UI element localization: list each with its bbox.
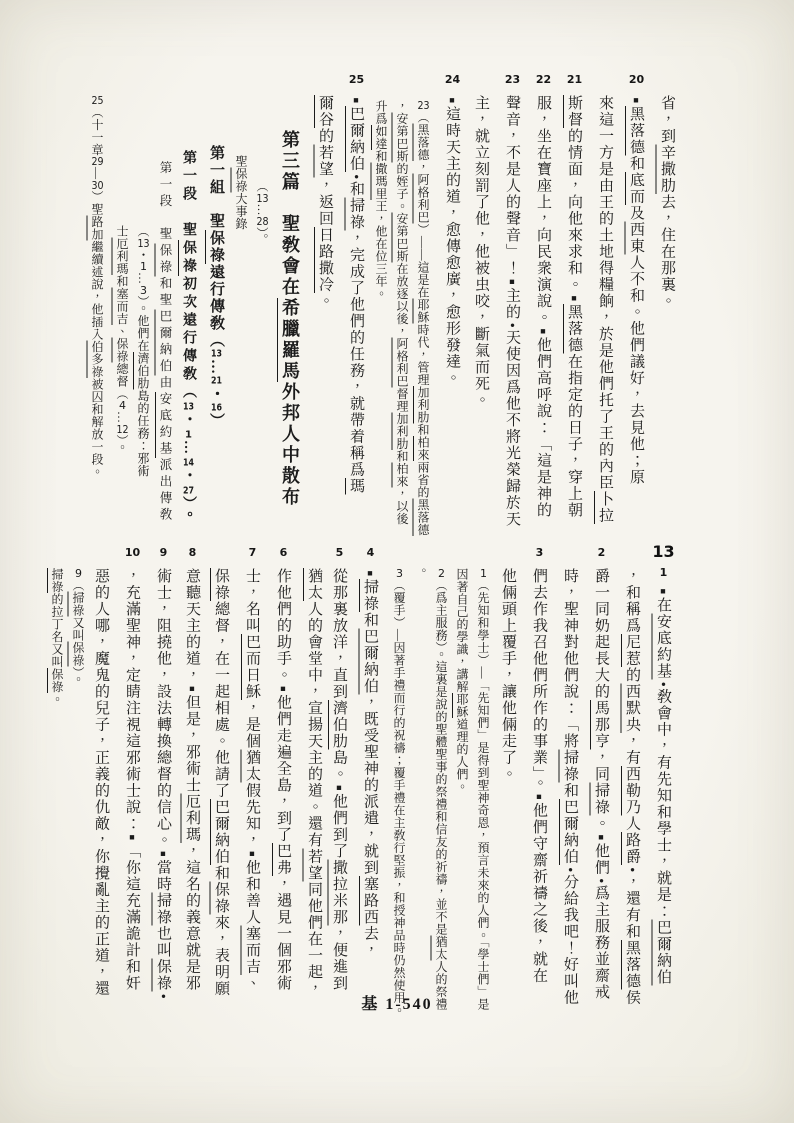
text-run: 島。 xyxy=(331,750,347,783)
text-column: 25■巴爾納伯●和掃祿，完成了他們的任務，就帶着稱爲瑪 xyxy=(346,95,367,537)
text-run: 時代，管理 xyxy=(416,324,430,387)
text-run: 去， xyxy=(362,926,378,959)
text-column: 23聲音，不是人的聲音」！■主的●天使因爲他不將光榮歸於天 xyxy=(502,95,523,537)
page-number: 基 1-540 xyxy=(361,991,432,1014)
text-run: 去，住在那裏。 xyxy=(659,194,675,310)
heading-column: 第一組 聖保祿遠行傳敎（13…21・16） xyxy=(206,95,227,537)
text-run: ，既受聖神的派遣，就到 xyxy=(362,695,378,877)
verse-marker: ■ xyxy=(534,792,544,803)
text-run: 在放逐以後， xyxy=(395,263,409,338)
note-ref-icon: ● xyxy=(597,876,606,885)
verse-marker: ■ xyxy=(365,568,375,579)
inline-number: 2 xyxy=(435,568,448,579)
text-run: 因著自己的學識，講解 xyxy=(455,568,469,693)
proper-name: 柏來 xyxy=(416,436,430,461)
text-run: ， xyxy=(416,161,430,174)
inline-number: 1 xyxy=(183,430,194,440)
verse-marker: ■ xyxy=(127,832,137,843)
text-run: 聲音，不是人的聲音」！ xyxy=(504,95,520,277)
text-column: 24■這時天主的道，愈傳愈廣，愈形發達。 xyxy=(442,95,463,537)
proper-name: 黑落德 xyxy=(624,940,640,990)
proper-name: 塞而吉 xyxy=(244,926,260,976)
text-column: 時，聖神對他們說：「將掃祿和巴爾納伯●分給我吧！好叫他 xyxy=(560,568,581,1017)
note-column: 25（十一章29—30）聖路加繼續述說，他插入伯多祿被囚和解放一段。 xyxy=(89,95,106,537)
proper-name: 斯督 xyxy=(566,95,582,128)
inline-number: 4 xyxy=(116,400,129,411)
verse-number: 23 xyxy=(505,73,520,86)
text-run: 第一段 聖 xyxy=(181,150,196,240)
proper-name: 路加 xyxy=(90,216,104,241)
text-run: 在 xyxy=(655,597,671,614)
text-run: 督理 xyxy=(395,388,409,413)
text-run: ，完成了他們的任務，就帶着稱爲 xyxy=(348,231,364,479)
verse-number: 21 xyxy=(567,73,582,86)
note-ref-icon: ● xyxy=(659,680,668,689)
text-run: 作他們的助手。 xyxy=(275,568,291,684)
proper-name: 保祿 xyxy=(71,642,85,667)
verse-marker: ■ xyxy=(334,783,344,794)
upper-commentary-block: 省，到辛撒肋去，住在那裏。20■黑落德和底而及西東人不和。他們議好，去見他；原來… xyxy=(85,95,678,537)
text-run: 第一組 聖 xyxy=(208,145,224,230)
verse-number: 10 xyxy=(125,546,140,559)
text-run: … xyxy=(255,204,269,217)
verse-marker: ■ xyxy=(658,586,668,597)
text-run: ・ xyxy=(208,386,224,403)
text-run: 服，坐在寶座上，向民衆演說。 xyxy=(535,95,551,326)
text-run: 、 xyxy=(244,975,260,992)
proper-name: 西勒乃 xyxy=(624,766,640,816)
text-run: 主，就立刻罰了他，他被虫咬，斷氣而死。 xyxy=(473,95,489,409)
text-run: 「你這充滿詭計和奸 xyxy=(124,843,140,992)
proper-name: 掃祿 xyxy=(348,198,364,231)
text-run: 他們 xyxy=(593,843,609,876)
verse-number: 24 xyxy=(445,73,460,86)
text-run: ，是個 xyxy=(244,700,260,750)
proper-name: 掃祿 xyxy=(155,893,171,926)
proper-name: 日路撒冷 xyxy=(317,227,333,293)
text-run: 術士，阻撓他，設法轉換總督的信心。 xyxy=(155,568,171,849)
note-column: 。 xyxy=(412,568,429,1017)
text-run: ）。 xyxy=(115,435,129,454)
text-run: 當時 xyxy=(155,860,171,893)
text-run: 由 xyxy=(158,376,172,393)
verse-marker: ■ xyxy=(187,684,197,695)
inline-number: 13 xyxy=(256,193,269,204)
inline-number: 27 xyxy=(183,486,194,496)
text-run: （ xyxy=(136,225,150,238)
text-run: 繼續述說，他插入 xyxy=(90,241,104,341)
verse-number: 3 xyxy=(536,546,544,559)
text-run: 士 xyxy=(115,225,129,238)
text-run: ）。 xyxy=(71,667,85,686)
text-column: 10，充滿聖神，定睛注視這邪術士說：■「你這充滿詭計和奸 xyxy=(122,568,143,1017)
text-run: 。 xyxy=(317,293,333,310)
verse-number: 7 xyxy=(249,546,257,559)
text-run: 的姪子。 xyxy=(395,163,409,213)
text-run: 時，聖神對他們說：「將 xyxy=(562,568,578,750)
verse-marker: ■ xyxy=(158,849,168,860)
text-run: 派出傳敎 xyxy=(158,458,172,524)
text-run: （覆手）—因著手禮而行的祝禱；覆手禮在主敎行堅振，和授神品時仍然使用。 xyxy=(392,579,406,1017)
text-run: 省，到 xyxy=(659,95,675,145)
proper-name: 黑落德 xyxy=(416,499,430,537)
proper-name: 保祿 xyxy=(213,568,229,601)
inline-number: 3 xyxy=(137,285,150,296)
proper-name: 底而 xyxy=(628,172,644,205)
text-run: 他們守齋祈禱之後，就在 xyxy=(531,803,547,985)
proper-name: 掃祿 xyxy=(50,568,64,593)
inline-number: 3 xyxy=(393,568,406,579)
verse-number: 5 xyxy=(336,546,344,559)
inline-number: 9 xyxy=(72,568,85,579)
text-run: 們去作我召他們所作的事業」。 xyxy=(531,568,547,792)
verse-marker: ■ xyxy=(631,95,641,106)
text-run: （爲主服務）。這裏是說的聖體聖事的祭禮和信友的祈禱，並不是 xyxy=(434,579,448,936)
proper-name: 塞而吉 xyxy=(115,288,129,326)
proper-name: 阿格利巴 xyxy=(395,338,409,388)
text-run: 和 xyxy=(416,424,430,437)
text-column: 20■黑落德和底而及西東人不和。他們議好，去見他；原 xyxy=(626,95,647,537)
proper-name: 巴爾納伯 xyxy=(158,310,172,376)
proper-name: 巴爾納伯 xyxy=(213,799,229,865)
text-run: 在指定的日子，穿上朝 xyxy=(566,354,582,519)
proper-name: 黑落德 xyxy=(416,124,430,162)
proper-name: 加利肋 xyxy=(395,413,409,451)
note-column: 掃祿的拉丁名又叫保祿。 xyxy=(49,568,66,1017)
note-ref-icon: ● xyxy=(159,992,168,1001)
proper-name: 耶穌 xyxy=(455,693,469,718)
text-run: 侯 xyxy=(624,990,640,1007)
proper-name: 尼惹 xyxy=(624,634,640,667)
text-column: 保祿總督，在一起相處。他請了巴爾納伯和保祿來，表明願 xyxy=(211,568,232,1017)
text-run: ）。 xyxy=(181,496,196,525)
verse-marker: ■ xyxy=(596,832,606,843)
text-run: 第一段 聖 xyxy=(158,161,172,244)
proper-name: 濟伯肋 xyxy=(136,352,150,390)
note-column: 2（爲主服務）。這裏是說的聖體聖事的祭禮和信友的祈禱，並不是猶太人的祭禮 xyxy=(433,568,450,1017)
proper-name: 阿格利巴 xyxy=(416,174,430,224)
proper-name: 保祿 xyxy=(181,240,196,276)
note-column: 9（掃祿又叫保祿）。 xyxy=(70,568,87,1017)
inline-number: 13 xyxy=(137,238,150,249)
text-run: 從那裏放洋，直到 xyxy=(331,568,347,700)
inline-number: 21 xyxy=(211,376,222,386)
text-column: 22服，坐在寶座上，向民衆演說。■他們高呼說：「這是神的 xyxy=(533,95,554,537)
text-run: ，充滿聖神，定睛注視這邪術士說： xyxy=(124,568,140,832)
text-run: 總督，在一起相處。他請了 xyxy=(213,601,229,799)
proper-name: 掃祿 xyxy=(562,750,578,783)
proper-name: 塞路西 xyxy=(362,876,378,926)
text-run: 的拉丁名又叫 xyxy=(50,593,64,668)
text-run: 天使因爲他不將光榮歸於天 xyxy=(504,330,520,528)
text-run: 第三篇 聖敎會在 xyxy=(280,130,300,298)
text-run: 總督（ xyxy=(115,363,129,401)
text-column: 8意聽天主的道，■但是，邪術士厄利瑪，這名的義意就是邪 xyxy=(182,568,203,1017)
verse-marker: ■ xyxy=(351,95,361,106)
note-ref-icon: ● xyxy=(566,865,575,874)
text-run: 大事錄 xyxy=(234,193,248,231)
text-run: 及 xyxy=(628,205,644,222)
proper-name: 辛撒肋 xyxy=(659,145,675,195)
proper-name: 保祿 xyxy=(234,168,248,193)
text-run: ）。他們在 xyxy=(136,296,150,353)
text-run: 這時天主的道，愈傳愈廣，愈形發達。 xyxy=(444,106,460,387)
note-column: ，安第巴斯的姪子。安第巴斯在放逐以後，阿格利巴督理加利肋和柏來，以後 xyxy=(394,95,411,537)
text-run: 他們到了 xyxy=(331,794,347,860)
text-run: ，還有和 xyxy=(624,874,640,940)
text-column: 省，到辛撒肋去，住在那裏。 xyxy=(657,95,678,537)
verse-number: 20 xyxy=(629,73,644,86)
text-column: 3們去作我召他們所作的事業」。■他們守齋祈禱之後，就在 xyxy=(529,568,550,1017)
proper-name: 掃祿 xyxy=(362,579,378,612)
text-run: ）——這是在 xyxy=(416,224,430,299)
verse-number: 2 xyxy=(598,546,606,559)
inline-number: 12 xyxy=(116,424,129,435)
text-column: 惡的人哪，魔鬼的兒子，正義的仇敵，你攪亂主的正道，還 xyxy=(91,568,112,1017)
proper-name: 安第巴斯 xyxy=(395,113,409,163)
text-run: ） xyxy=(208,413,224,430)
text-run: 來這一方是由王的土地得糧餉，於是他們托了王的內臣 xyxy=(597,95,613,491)
text-run: 爵一同奶起長大的 xyxy=(593,568,609,700)
proper-name: 黑落德 xyxy=(566,304,582,354)
text-run: 人 xyxy=(624,816,640,833)
text-run: 來，表明願 xyxy=(213,915,229,998)
note-column: 聖保祿大事錄 xyxy=(233,95,250,537)
text-run: ，以後 xyxy=(395,488,409,526)
text-column: 4■掃祿和巴爾納伯，既受聖神的派遣，就到塞路西去， xyxy=(360,568,381,1017)
proper-name: 保祿 xyxy=(213,882,229,915)
proper-name: 加利肋 xyxy=(416,386,430,424)
text-run: 同他們在一起， xyxy=(306,882,322,998)
text-run: 也叫 xyxy=(155,926,171,959)
text-run: … xyxy=(181,440,196,458)
text-run: 和 xyxy=(362,612,378,629)
proper-name: 猶太 xyxy=(306,568,322,601)
text-run: 人不和。他們議好，去見他；原 xyxy=(628,255,644,486)
text-run: ，和稱爲 xyxy=(624,568,640,634)
proper-name: 黑落德 xyxy=(628,106,644,156)
text-run: 惡的人哪，魔鬼的兒子，正義的仇敵，你攪亂主的正道，還 xyxy=(93,568,109,997)
proper-name: 西默央 xyxy=(624,684,640,734)
text-run: 、 xyxy=(115,325,129,338)
proper-name: 保祿 xyxy=(115,338,129,363)
proper-name: 安底約基 xyxy=(158,392,172,458)
chapter-number: 13 xyxy=(652,542,674,561)
proper-name: 巴爾納伯 xyxy=(348,106,364,172)
text-run: 兩省的 xyxy=(416,461,430,499)
note-column: 升爲如達和撒瑪里王，他在位三年。 xyxy=(373,95,390,537)
text-column: 他倆頭上覆手，讓他倆走了。 xyxy=(498,568,519,1017)
proper-name: 柏來 xyxy=(395,463,409,488)
proper-name: 如達 xyxy=(374,125,388,150)
verse-number: 8 xyxy=(189,546,197,559)
text-run: （十一章 xyxy=(90,106,104,156)
text-run: — xyxy=(90,167,104,180)
verse-marker: ■ xyxy=(507,277,517,288)
note-ref-icon: ● xyxy=(628,865,637,874)
verse-marker: ■ xyxy=(569,293,579,304)
text-run: 他們走遍全島，到了 xyxy=(275,695,291,844)
verse-marker: ■ xyxy=(278,684,288,695)
text-column: 猶太人的會堂中，宣揚天主的道。還有若望同他們在一起， xyxy=(304,568,325,1017)
text-run: ・ xyxy=(181,412,196,430)
verse-number: 22 xyxy=(536,73,551,86)
proper-name: 爾谷 xyxy=(317,95,333,128)
text-run: 他和善人 xyxy=(244,860,260,926)
text-run: 王，他在位三年。 xyxy=(374,200,388,300)
note-ref-icon: ● xyxy=(352,172,361,181)
text-run: 人的祭禮 xyxy=(434,961,448,1011)
text-run: 升爲 xyxy=(374,100,388,125)
verse-marker: ■ xyxy=(538,326,548,337)
inline-number: 30 xyxy=(91,180,104,191)
proper-name: 安底約基 xyxy=(655,614,671,680)
proper-name: 卜拉 xyxy=(597,491,613,524)
verse-marker: ■ xyxy=(247,849,257,860)
text-run: 遠行傳敎（ xyxy=(208,264,224,349)
text-run: ，這名的義意就是邪 xyxy=(184,843,200,992)
note-column: 23（黑落德，阿格利巴）——這是在耶穌時代，管理加利肋和柏來兩省的黑落德 xyxy=(415,95,432,537)
text-run: 敎會中，有先知和學士，就是： xyxy=(655,689,671,920)
text-run: 被囚和解放一段。 xyxy=(90,378,104,478)
note-column: （13…28）。 xyxy=(254,95,271,537)
proper-name: 安第巴斯 xyxy=(395,213,409,263)
text-run: 聖 xyxy=(234,155,248,168)
text-run: … xyxy=(136,272,150,285)
proper-name: 保祿 xyxy=(155,959,171,992)
text-run: 假先知， xyxy=(244,783,260,849)
inline-number: 1 xyxy=(137,261,150,272)
heading-column: 第一段 聖保祿初次遠行傳敎（13・1…14・27）。 xyxy=(178,95,198,537)
proper-name: 猶太 xyxy=(434,936,448,961)
text-run: 他們高呼說：「這是神的 xyxy=(535,337,551,519)
proper-name: 瑪 xyxy=(348,478,364,495)
text-run: 但是，邪術士 xyxy=(184,695,200,794)
proper-name: 撒拉米那 xyxy=(331,860,347,926)
note-column: （13・1…3）。他們在濟伯肋島的任務：邪術 xyxy=(135,95,152,537)
proper-name: 猶太 xyxy=(244,750,260,783)
text-run: ・ xyxy=(136,249,150,262)
text-column: 來這一方是由王的土地得糧餉，於是他們托了王的內臣卜拉 xyxy=(595,95,616,537)
text-run: 主的 xyxy=(504,288,520,321)
text-column: 131■在安底約基●敎會中，有先知和學士，就是：巴爾納伯 xyxy=(653,568,674,1017)
text-run: ，同 xyxy=(593,750,609,783)
verse-number: 1 xyxy=(660,566,668,579)
proper-name: 掃祿 xyxy=(593,783,609,816)
note-column: 3（覆手）—因著手禮而行的祝禱；覆手禮在主敎行堅振，和授神品時仍然使用。 xyxy=(391,568,408,1017)
proper-name: 保祿 xyxy=(50,668,64,693)
note-ref-icon: ● xyxy=(508,321,517,330)
text-run: 和 xyxy=(374,150,388,163)
text-run: 和聖 xyxy=(158,277,172,310)
text-column: 主，就立刻罰了他，他被虫咬，斷氣而死。 xyxy=(471,95,492,537)
text-run: （ xyxy=(416,111,430,124)
lower-scripture-block: 131■在安底約基●敎會中，有先知和學士，就是：巴爾納伯，和稱爲尼惹的西默央，有… xyxy=(45,568,674,1017)
text-column: 9術士，阻撓他，設法轉換總督的信心。■當時掃祿也叫保祿● xyxy=(153,568,174,1017)
proper-name: 掃祿 xyxy=(71,592,85,617)
inline-number: 13 xyxy=(183,402,194,412)
text-run: （先知和學士）—「先知們」是得到聖神奇恩，預言未來的人們。「學士們」是 xyxy=(476,579,490,1011)
text-column: 6作他們的助手。■他們走遍全島，到了巴弗，遇見一個邪術 xyxy=(273,568,294,1017)
inline-number: 14 xyxy=(183,458,194,468)
inline-number: 29 xyxy=(91,156,104,167)
proper-name: 巴爾納伯 xyxy=(562,799,578,865)
proper-name: 巴爾納伯 xyxy=(655,920,671,986)
proper-name: 若望 xyxy=(317,145,333,178)
text-run: 道理的人們。 xyxy=(455,718,469,793)
text-run: （ xyxy=(71,579,85,592)
proper-name: 保祿 xyxy=(158,244,172,277)
note-column: 1（先知和學士）—「先知們」是得到聖神奇恩，預言未來的人們。「學士們」是 xyxy=(475,568,492,1017)
proper-name: 希臘羅馬 xyxy=(280,298,300,382)
text-column: 7士，名叫巴而日穌，是個猶太假先知，■他和善人塞而吉、 xyxy=(242,568,263,1017)
proper-name: 巴而日穌 xyxy=(244,634,260,700)
text-run: 和 xyxy=(348,181,364,198)
heading-column: 第三篇 聖敎會在希臘羅馬外邦人中散布 xyxy=(277,95,303,537)
proper-name: 撒瑪里 xyxy=(374,163,388,201)
verse-marker: ■ xyxy=(447,95,457,106)
text-run: 分給我吧！好叫他 xyxy=(562,874,578,1006)
proper-name: 伯多祿 xyxy=(90,341,104,379)
book-page-scan: 省，到辛撒肋去，住在那裏。20■黑落德和底而及西東人不和。他們議好，去見他；原來… xyxy=(0,0,794,1123)
text-run: ，便進到 xyxy=(331,926,347,992)
text-run: 和 xyxy=(213,865,229,882)
proper-name: 耶穌 xyxy=(416,299,430,324)
note-column: 因著自己的學識，講解耶穌道理的人們。 xyxy=(454,568,471,1017)
text-run: 。 xyxy=(50,693,64,706)
text-column: 21斯督的情面，向他來求和。■黑落德在指定的日子，穿上朝 xyxy=(564,95,585,537)
text-run: 。 xyxy=(413,568,427,581)
text-run: 。 xyxy=(593,816,609,833)
proper-name: 濟伯肋 xyxy=(331,700,347,750)
text-run: 和 xyxy=(395,450,409,463)
inline-number: 1 xyxy=(477,568,490,579)
text-run: 人的會堂中，宣揚天主的道。還有 xyxy=(306,601,322,849)
proper-name: 保祿 xyxy=(208,230,224,264)
text-run: 和 xyxy=(562,783,578,800)
proper-name: 巴爾納伯 xyxy=(362,629,378,695)
proper-name: 若望 xyxy=(306,849,322,882)
text-run: ）。 xyxy=(255,227,269,246)
text-run: 和 xyxy=(115,275,129,288)
text-run: ・ xyxy=(181,468,196,486)
text-run: 島的任務：邪術 xyxy=(136,390,150,478)
text-run: 的 xyxy=(317,128,333,145)
text-column: ，和稱爲尼惹的西默央，有西勒乃人路爵●，還有和黑落德侯 xyxy=(622,568,643,1017)
text-run: 士，名叫 xyxy=(244,568,260,634)
verse-number: 4 xyxy=(367,546,375,559)
inline-number: 16 xyxy=(211,403,222,413)
text-run: 的情面，向他來求和。 xyxy=(566,128,582,293)
verse-number: 25 xyxy=(349,73,364,86)
verse-number: 6 xyxy=(280,546,288,559)
text-run: 又叫 xyxy=(71,617,85,642)
proper-name: 巴弗 xyxy=(275,843,291,876)
text-run: （ xyxy=(255,180,269,193)
text-run: 的 xyxy=(624,667,640,684)
text-run: … xyxy=(208,359,224,376)
text-run: ，有 xyxy=(624,733,640,766)
text-run: 他倆頭上覆手，讓他倆走了。 xyxy=(500,568,516,783)
inline-number: 23 xyxy=(417,100,430,111)
text-column: 5從那裏放洋，直到濟伯肋島。■他們到了撒拉米那，便進到 xyxy=(329,568,350,1017)
text-run: ）聖 xyxy=(90,191,104,216)
inline-number: 13 xyxy=(211,349,222,359)
text-run: 初次遠行傳敎（ xyxy=(181,276,196,402)
text-column: 2爵一同奶起長大的馬那亨，同掃祿。■他們●爲主服務並齋戒 xyxy=(591,568,612,1017)
text-run: 和 xyxy=(628,156,644,173)
verse-number: 9 xyxy=(160,546,168,559)
